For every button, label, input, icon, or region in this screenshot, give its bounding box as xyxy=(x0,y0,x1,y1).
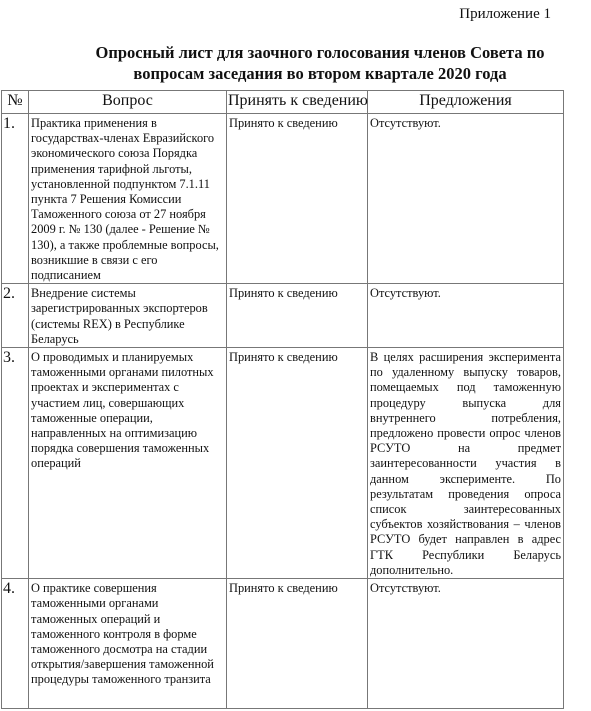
table-row: 1. Практика применения в государствах-чл… xyxy=(2,114,564,284)
row-proposals: Отсутствуют. xyxy=(368,114,564,284)
header-accepted: Принять к сведению xyxy=(227,91,368,114)
row-question: О практике совершения таможенными органа… xyxy=(29,579,227,709)
header-number: № xyxy=(2,91,29,114)
table-row: 4. О практике совершения таможенными орг… xyxy=(2,579,564,709)
document-title: Опросный лист для заочного голосования ч… xyxy=(40,42,591,84)
row-proposals: В целях расширения эксперимента по удале… xyxy=(368,348,564,579)
table-row: 2. Внедрение системы зарегистрированных … xyxy=(2,284,564,348)
row-accepted: Принято к сведению xyxy=(227,579,368,709)
row-number: 3. xyxy=(2,348,29,579)
row-number: 2. xyxy=(2,284,29,348)
title-line-1: Опросный лист для заочного голосования ч… xyxy=(40,42,591,63)
header-proposals: Предложения xyxy=(368,91,564,114)
row-proposals: Отсутствуют. xyxy=(368,579,564,709)
table-row: 3. О проводимых и планируемых таможенным… xyxy=(2,348,564,579)
row-accepted: Принято к сведению xyxy=(227,114,368,284)
row-number: 1. xyxy=(2,114,29,284)
header-question: Вопрос xyxy=(29,91,227,114)
appendix-label: Приложение 1 xyxy=(459,6,551,23)
row-number: 4. xyxy=(2,579,29,709)
table-header-row: № Вопрос Принять к сведению Предложения xyxy=(2,91,564,114)
row-accepted: Принято к сведению xyxy=(227,348,368,579)
title-line-2: вопросам заседания во втором квартале 20… xyxy=(40,63,591,84)
row-question: Внедрение системы зарегистрированных экс… xyxy=(29,284,227,348)
row-proposals: Отсутствуют. xyxy=(368,284,564,348)
row-question: О проводимых и планируемых таможенными о… xyxy=(29,348,227,579)
survey-table: № Вопрос Принять к сведению Предложения … xyxy=(1,90,564,709)
row-question: Практика применения в государствах-члена… xyxy=(29,114,227,284)
row-accepted: Принято к сведению xyxy=(227,284,368,348)
